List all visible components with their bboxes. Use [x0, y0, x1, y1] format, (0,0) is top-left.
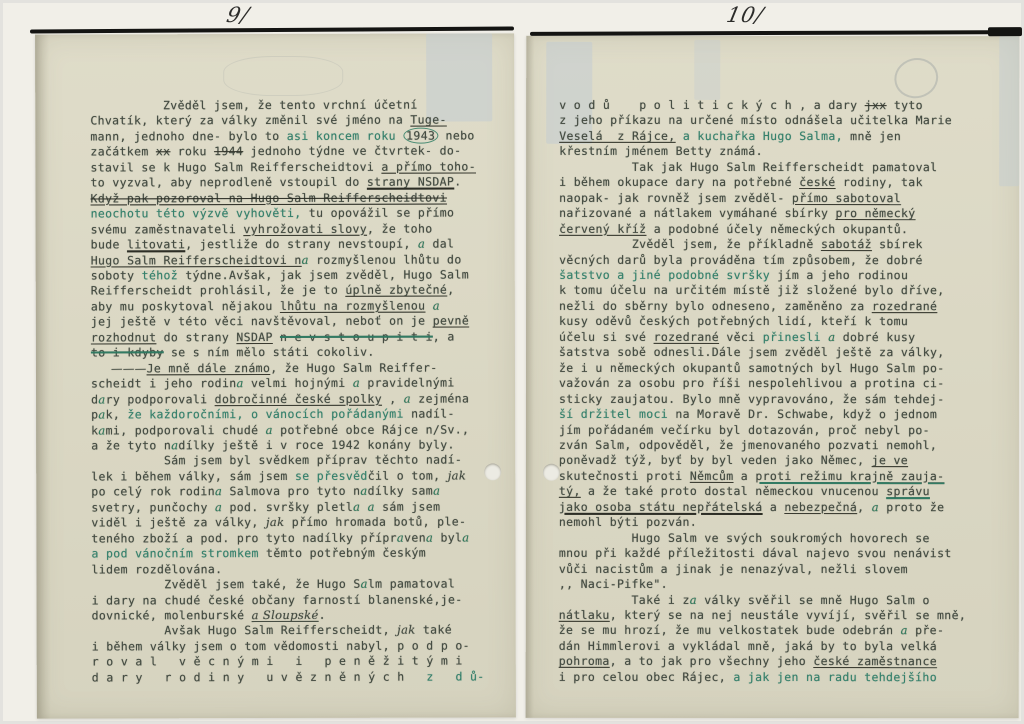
text-line: važován za osobu pro říši nespolehlivou …	[559, 376, 1014, 392]
text-line: kusy oděvů českých potřebných lidí, kteř…	[559, 314, 1014, 330]
text-line: nežli do sběrny bylo odneseno, zaměněno …	[559, 299, 1014, 315]
text-line: bude litovati, jestliže do strany nevsto…	[91, 236, 511, 253]
text-line: mnou při každé příležitosti dával najevo…	[559, 546, 1014, 562]
text-line: Zvěděl jsem také, že Hugo Salm pamatoval	[92, 576, 512, 593]
text-line: neochotu této výzvě vyhověti, tu opováži…	[91, 206, 511, 223]
text-line: dán Himmlerovi a vykládal mně, jaká by t…	[559, 639, 1014, 655]
sheet-top-edge-line-left	[30, 27, 514, 34]
text-line: pak, že každoročními, o vánocích pořádan…	[91, 406, 511, 423]
bleed-through-circled-mark	[890, 53, 942, 102]
handwritten-page-number-9: 9/	[224, 3, 252, 27]
text-line: z jeho příkazu na určené místo odnášela …	[559, 113, 1014, 129]
text-line: tý, a že také proto dostal německou vnuc…	[559, 484, 1014, 500]
text-line: i pro celou obec Rájec, a jak jen na rad…	[559, 670, 1014, 686]
text-line: ,, Naci-Pifke".	[559, 577, 1014, 593]
page-10: v o d ů p o l i t i c k ý c h , a dary j…	[526, 36, 1020, 718]
text-line: začátkem xx roku 1944 jednoho týdne ve č…	[90, 144, 510, 161]
text-line: i dary na chudé české občany farností bl…	[92, 592, 512, 609]
text-line: teného zboží a pod. pro tyto nadílky pří…	[91, 530, 511, 547]
text-line: Veselá z Rájce, a kuchařka Hugo Salma, m…	[559, 129, 1014, 145]
text-line: k tomu účelu na určitém místě již složen…	[559, 283, 1014, 299]
text-line: zván Salm, odpověděl, že jmenovaného poz…	[559, 438, 1014, 454]
text-line: poněvadž týž, byť by byl veden jako Něme…	[559, 453, 1014, 469]
text-line: r o v a l v ě c n ý m i i p e n ě ž i t …	[92, 654, 512, 671]
text-line: že se mu hrozí, že mu velkostatek bude o…	[559, 623, 1014, 639]
text-line: to vyzval, aby neprodleně vstoupil do st…	[90, 175, 510, 192]
text-line: d a r y r o d i n y u v ě z n ě n ý c h …	[92, 669, 512, 686]
text-line: viděl i ještě za války, jak přímo hromad…	[91, 515, 511, 532]
sheet-top-edge-line-right	[530, 30, 1020, 36]
text-line: a pod vánočním stromkem těmto potřebným …	[91, 546, 511, 563]
text-line: věcných darů byla prováděna tím způsobem…	[559, 252, 1014, 268]
text-line: mann, jednoho dne- bylo to asi koncem ro…	[90, 128, 510, 145]
text-line: i během války jsem o tom vědomosti nabyl…	[92, 638, 512, 655]
text-line: Hugo Salm Reifferscheidtovi na rozmyšlen…	[91, 252, 511, 269]
text-line: kami, podporovali chudé a potřebné obce …	[91, 422, 511, 439]
text-line: rozhodnut do strany NSDAP n e v s t o u …	[91, 329, 511, 346]
text-line: ší držitel moci na Moravě Dr. Schwabe, k…	[559, 407, 1014, 423]
text-line: že i u německých okupantů samotných byl …	[559, 361, 1014, 377]
text-line: Reifferscheidt prohlásil, že je to úplně…	[91, 283, 511, 300]
text-line: křestním jménem Betty známá.	[559, 144, 1014, 160]
text-line: Když pak pozoroval na Hugo Salm Reiffers…	[91, 190, 511, 207]
text-line: v o d ů p o l i t i c k ý c h , a dary j…	[559, 98, 1014, 114]
punch-hole	[543, 464, 560, 481]
text-line: nařizované a nátlakem vymáhané sbírky pr…	[559, 206, 1014, 222]
handwritten-page-number-10: 10/	[724, 3, 766, 27]
text-line: svetry, punčochy a pod. svršky pletla a …	[91, 499, 511, 516]
text-line: Tak jak Hugo Salm Reifferscheidt pamatov…	[559, 160, 1014, 176]
text-line: po celý rok rodina Salmova pro tyto nadí…	[91, 484, 511, 501]
text-line: jej ještě v této věci navštěvoval, neboť…	[91, 314, 511, 331]
text-line: dary podporovali dobročinné české spolky…	[91, 391, 511, 408]
text-line: jím pořádaném večírku byl dotazován, pro…	[559, 422, 1014, 438]
text-line: Chvatík, který za války změnil své jméno…	[90, 113, 510, 130]
text-line: dovnické, molenburské a Sloupské.	[92, 607, 512, 624]
text-line: Sám jsem byl svědkem příprav těchto nadí…	[91, 453, 511, 470]
text-line: naopak- jak rovněž jsem zvěděl- přímo sa…	[559, 191, 1014, 207]
page-9-lines: Zvěděl jsem, že tento vrchní účetníChvat…	[90, 97, 512, 685]
text-line: Hugo Salm ve svých soukromých hovorech s…	[559, 531, 1014, 547]
bleed-through-patch	[694, 40, 720, 100]
text-line: scheidt i jeho rodina velmi hojnými a pr…	[91, 376, 511, 393]
text-line: svému zaměstnavateli vyhrožovati slovy, …	[91, 221, 511, 238]
text-line: lek i během války, sám jsem se přesvědči…	[91, 468, 511, 485]
text-line: soboty téhož týdne.Avšak, jak jsem zvědě…	[91, 267, 511, 284]
text-line: nemohl býti pozván.	[559, 515, 1014, 531]
text-line: Zvěděl jsem, že tento vrchní účetní	[90, 97, 510, 114]
text-line: červený kříž a podobné účely německých o…	[559, 221, 1014, 237]
text-line: vůči nacistům a jinak je nenazýval, nežl…	[559, 561, 1014, 577]
text-line: šatstvo a jiné podobné svršky jím a jeho…	[559, 268, 1014, 284]
text-line: i během okupace dary na potřebné české r…	[559, 175, 1014, 191]
text-line: nátlaku, který se na nej neustále vyvíjí…	[559, 608, 1014, 624]
text-line: lidem rozdělována.	[91, 561, 511, 578]
text-line: sticky zaujatou. Bylo mně vypravováno, ž…	[559, 391, 1014, 407]
text-line: pohroma, a to jak pro všechny jeho české…	[559, 654, 1014, 670]
text-line: to i kdyby se s ním mělo státi cokoliv.	[91, 345, 511, 362]
page-10-lines: v o d ů p o l i t i c k ý c h , a dary j…	[559, 98, 1015, 686]
text-line: a že tyto nadílky ještě i v roce 1942 ko…	[91, 437, 511, 454]
faint-pencil-mark	[223, 56, 343, 96]
page-9: Zvěděl jsem, že tento vrchní účetníChvat…	[35, 33, 516, 718]
text-line: Avšak Hugo Salm Reifferscheidt, jak také	[92, 623, 512, 640]
scanner-bed: 9/ 10/ Zvěděl jsem, že tento vrchní účet…	[0, 0, 1024, 724]
text-line: Také i za války svěřil se mně Hugo Salm …	[559, 592, 1014, 608]
text-line: jako osoba státu nepřátelská a nebezpečn…	[559, 500, 1014, 516]
text-line: ———Je mně dále známo, že Hugo Salm Reiff…	[91, 360, 511, 377]
text-line: Zvěděl jsem, že příkladně sabotáž sbírek	[559, 237, 1014, 253]
text-line: šatstva sobě odnesli.Dále jsem zvěděl je…	[559, 345, 1014, 361]
text-line: aby mu poskytoval nějakou lhůtu na rozmy…	[91, 298, 511, 315]
text-line: skutečnosti proti Němcům a proti režimu …	[559, 469, 1014, 485]
text-line: stavil se k Hugo Salm Reifferscheidtovi …	[90, 159, 510, 176]
text-line: účelu si své rozedrané věci přinesli a d…	[559, 330, 1014, 346]
